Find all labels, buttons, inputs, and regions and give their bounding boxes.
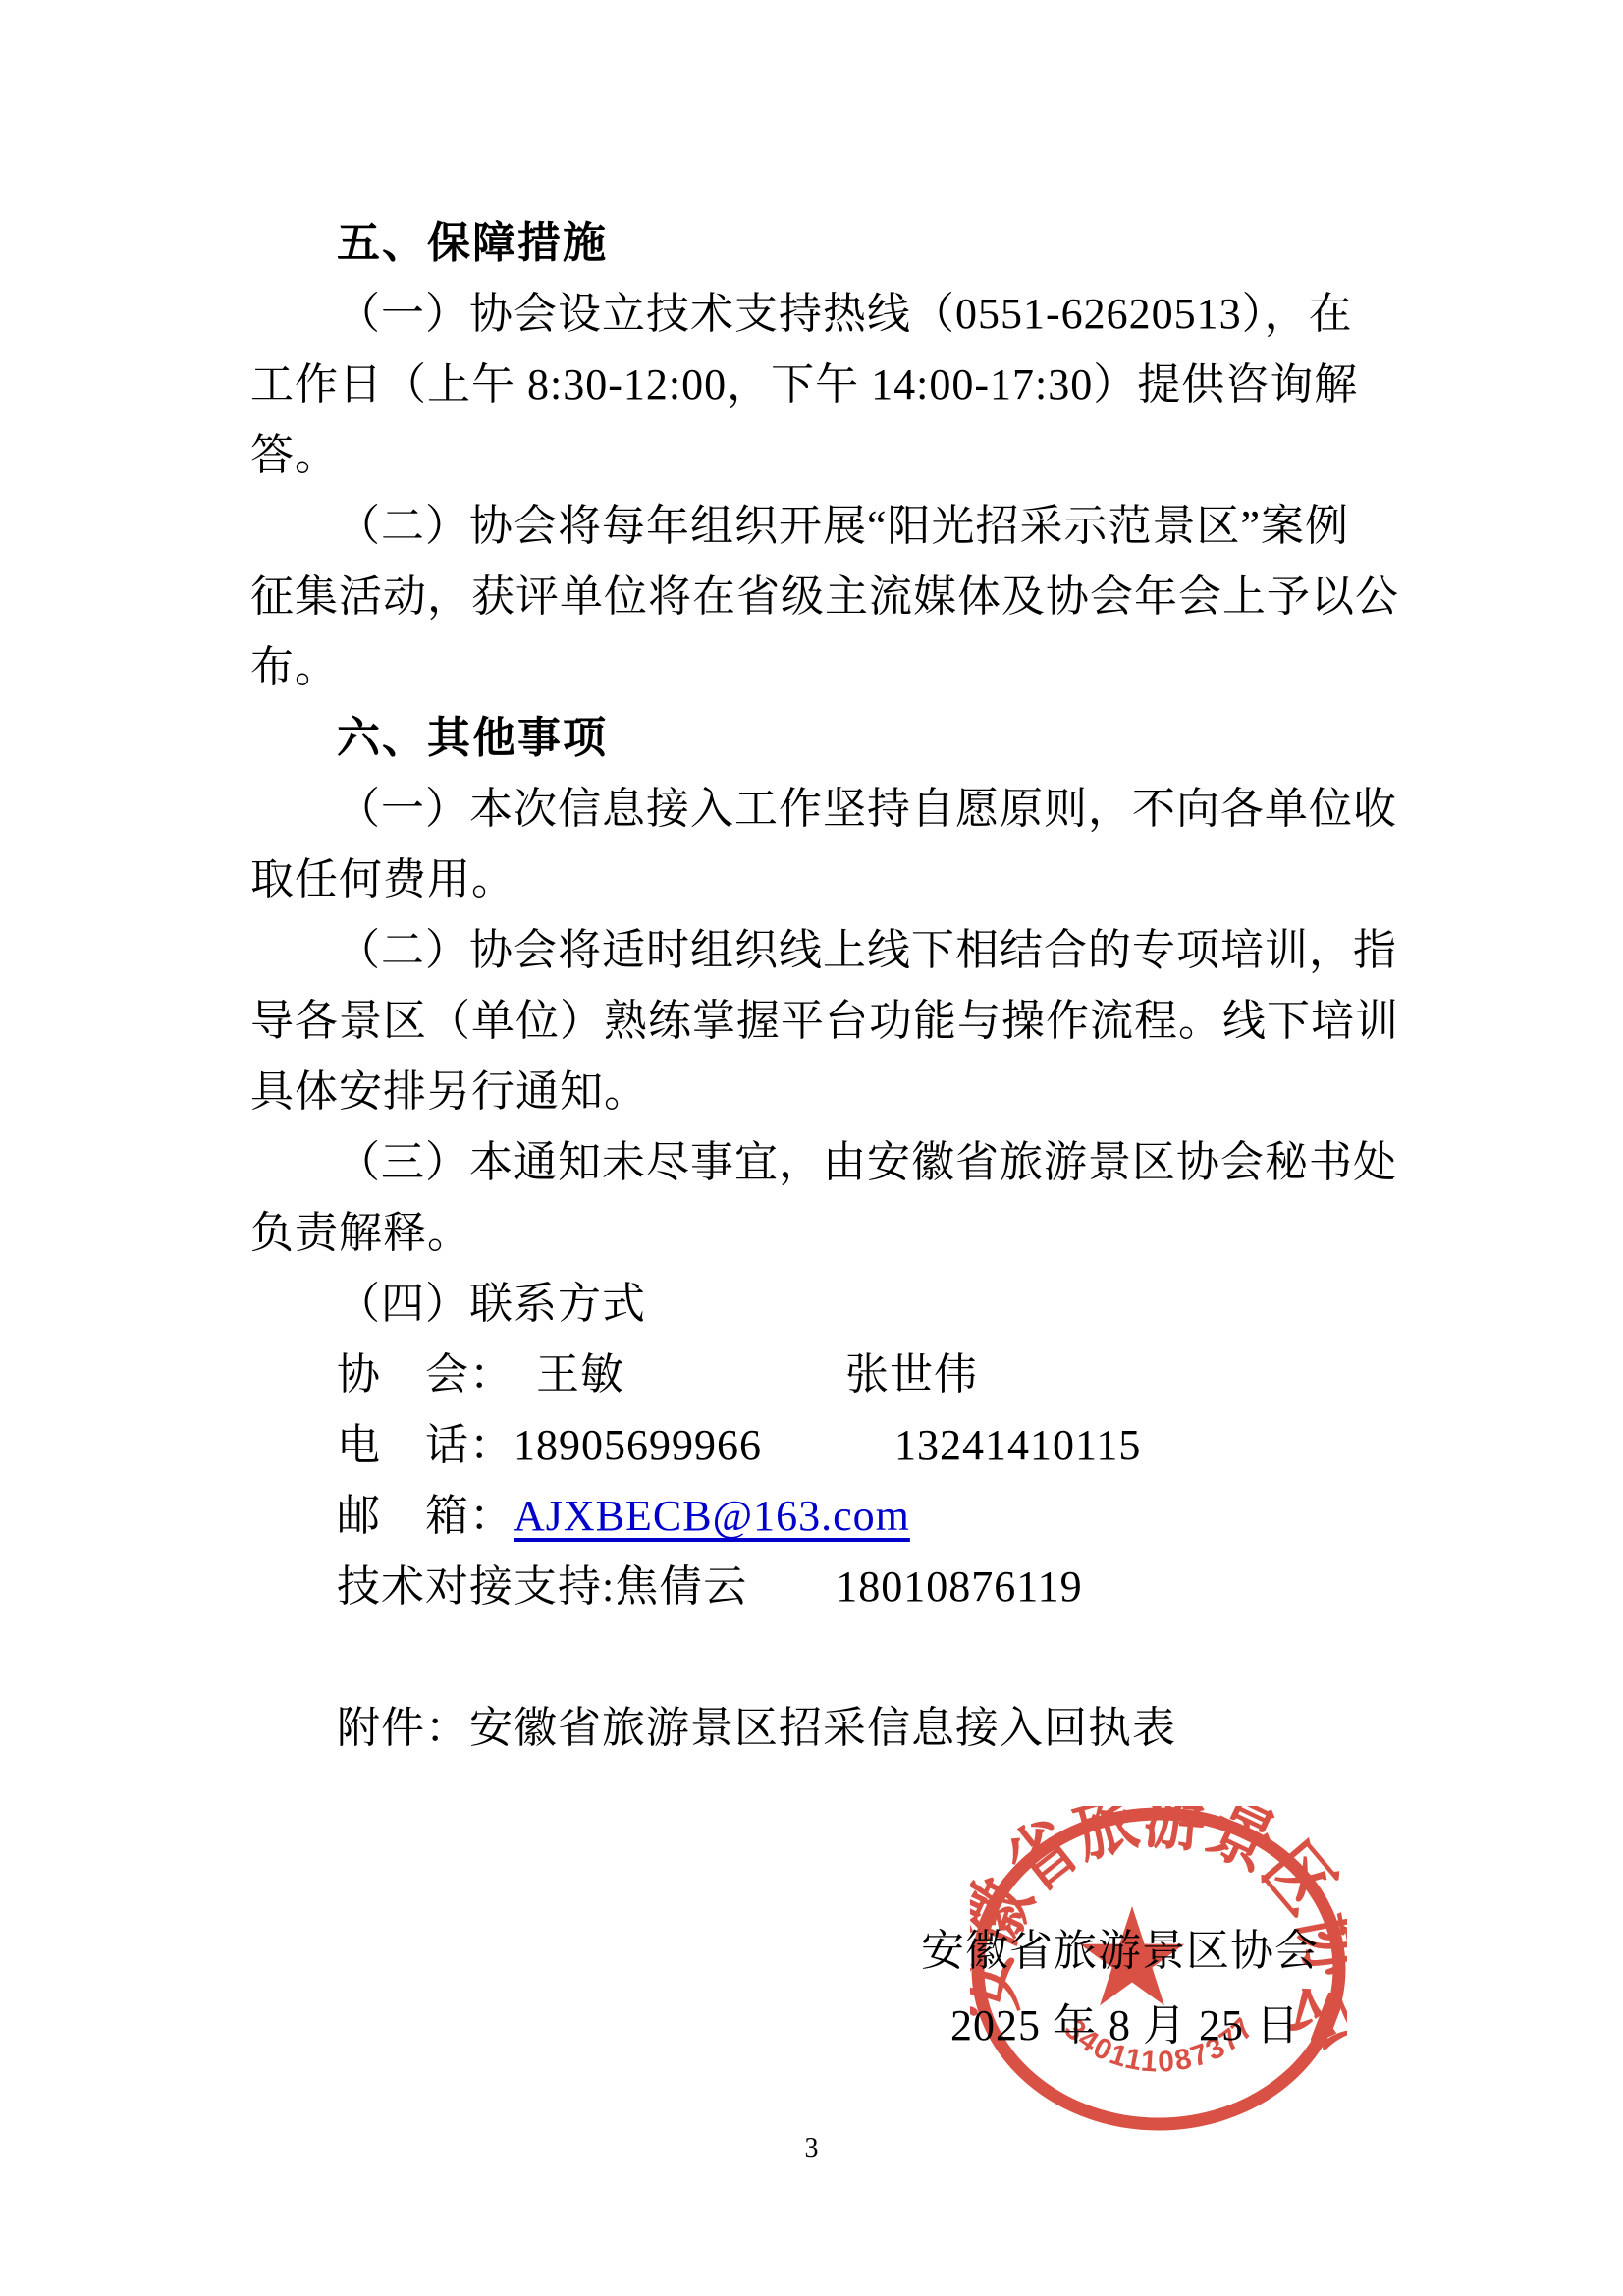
contact-email: 邮 箱：AJXBECB@163.com	[250, 1481, 1419, 1552]
attachment-line: 附件：安徽省旅游景区招采信息接入回执表	[250, 1693, 1419, 1764]
para-5-1-line-2: 工作日（上午 8:30-12:00，下午 14:00-17:30）提供咨询解	[250, 350, 1419, 420]
para-6-2-line-2: 导各景区（单位）熟练掌握平台功能与操作流程。线下培训	[250, 986, 1419, 1057]
document-body: 五、保障措施（一）协会设立技术支持热线（0551-62620513），在工作日（…	[250, 208, 1419, 1764]
signature-date: 2025 年 8 月 25 日	[950, 1990, 1300, 2052]
signature-organization: 安徽省旅游景区协会	[921, 1915, 1319, 1978]
email-link[interactable]: AJXBECB@163.com	[514, 1492, 910, 1540]
heading-section-5: 五、保障措施	[250, 208, 1419, 279]
para-5-1-line-1: （一）协会设立技术支持热线（0551-62620513），在	[250, 279, 1419, 350]
contact-label: 邮 箱：	[337, 1492, 514, 1540]
para-6-2-line-3: 具体安排另行通知。	[250, 1057, 1419, 1127]
para-6-4: （四）联系方式	[250, 1269, 1419, 1339]
para-5-2-line-3: 布。	[250, 632, 1419, 703]
para-6-2-line-1: （二）协会将适时组织线上线下相结合的专项培训，指	[250, 915, 1419, 986]
contact-association: 协 会： 王敏 张世伟	[250, 1339, 1419, 1410]
para-5-2-line-2: 征集活动，获评单位将在省级主流媒体及协会年会上予以公	[250, 562, 1419, 632]
para-5-2-line-1: （二）协会将每年组织开展“阳光招采示范景区”案例	[250, 491, 1419, 562]
para-6-3-line-2: 负责解释。	[250, 1198, 1419, 1269]
para-6-1-line-2: 取任何费用。	[250, 845, 1419, 915]
para-5-1-line-3: 答。	[250, 420, 1419, 491]
heading-section-6: 六、其他事项	[250, 703, 1419, 774]
para-6-1-line-1: （一）本次信息接入工作坚持自愿原则，不向各单位收	[250, 774, 1419, 845]
blank-line	[250, 1622, 1419, 1693]
page-number: 3	[0, 2133, 1623, 2164]
contact-phone: 电 话：18905699966 13241410115	[250, 1410, 1419, 1481]
document-page: 五、保障措施（一）协会设立技术支持热线（0551-62620513），在工作日（…	[0, 0, 1623, 2296]
para-6-3-line-1: （三）本通知未尽事宜，由安徽省旅游景区协会秘书处	[250, 1127, 1419, 1198]
contact-tech-support: 技术对接支持:焦倩云 18010876119	[250, 1552, 1419, 1622]
